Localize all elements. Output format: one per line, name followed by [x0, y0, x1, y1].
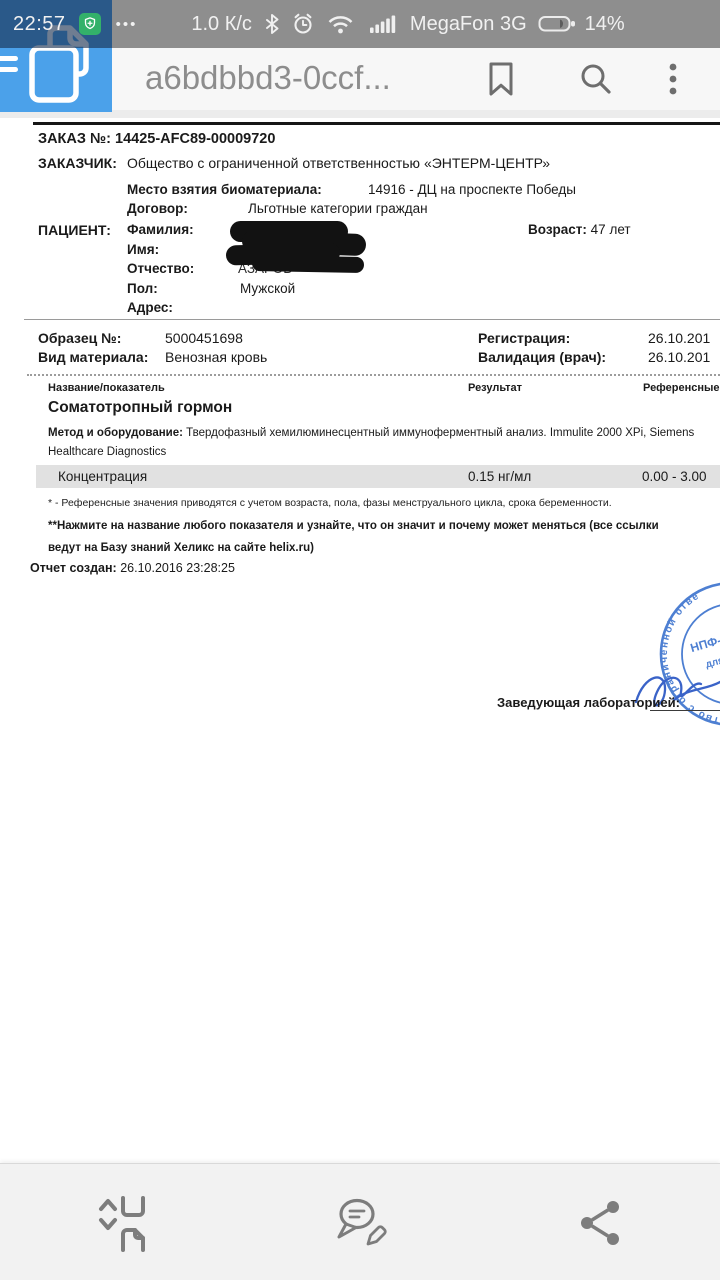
- carrier-label: MegaFon 3G: [410, 13, 527, 36]
- material-value: Венозная кровь: [165, 349, 267, 365]
- validation-label: Валидация (врач):: [478, 349, 606, 365]
- annotate-comment-icon: [336, 1196, 390, 1250]
- age-label: Возраст:: [528, 222, 587, 237]
- footnote-reference: * - Референсные значения приводятся с уч…: [48, 497, 612, 509]
- column-header-reference: Референсные: [643, 382, 720, 394]
- sample-label: Образец №:: [38, 330, 121, 346]
- result-parameter: Концентрация: [58, 465, 147, 488]
- bottom-toolbar: [0, 1163, 720, 1280]
- result-row[interactable]: Концентрация 0.15 нг/мл 0.00 - 3.00: [36, 465, 720, 488]
- menu-icon: [0, 67, 18, 72]
- menu-icon: [0, 56, 18, 61]
- surname-label: Фамилия:: [127, 222, 194, 237]
- alarm-icon: [292, 13, 314, 35]
- share-button[interactable]: [569, 1191, 633, 1255]
- bookmark-button[interactable]: [473, 48, 529, 110]
- order-row: ЗАКАЗ №: 14425-AFC89-00009720: [38, 131, 275, 147]
- contract-value: Льготные категории граждан: [248, 201, 428, 216]
- annotate-button[interactable]: [331, 1191, 395, 1255]
- site-value: 14916 - ДЦ на проспекте Победы: [368, 182, 576, 197]
- patient-label: ПАЦИЕНТ:: [38, 222, 111, 238]
- battery-icon: [538, 14, 578, 34]
- validation-value: 26.10.201: [648, 349, 710, 365]
- method-label: Метод и оборудование:: [48, 427, 183, 439]
- overflow-menu-button[interactable]: [645, 48, 701, 110]
- bluetooth-icon: [265, 14, 279, 34]
- test-name: Соматотропный гормон: [48, 399, 232, 417]
- notification-dots: •••: [116, 16, 138, 33]
- clock: 22:57: [13, 13, 66, 36]
- dotted-divider: [27, 374, 720, 376]
- address-label: Адрес:: [127, 300, 173, 315]
- result-value: 0.15 нг/мл: [468, 465, 531, 488]
- overflow-menu-icon: [667, 62, 679, 96]
- column-header-result: Результат: [468, 382, 522, 394]
- customer-value: Общество с ограниченной ответственностью…: [127, 155, 550, 171]
- signature-line: [650, 710, 720, 711]
- lab-head-label: Заведующая лабораторией:: [497, 695, 680, 710]
- order-label: ЗАКАЗ №:: [38, 131, 111, 147]
- sex-label: Пол:: [127, 281, 158, 296]
- footnote-click-hint: **Нажмите на название любого показателя …: [48, 516, 690, 559]
- method-row: Метод и оборудование: Твердофазный хемил…: [48, 424, 720, 461]
- customer-label: ЗАКАЗЧИК:: [38, 155, 117, 171]
- share-icon: [578, 1199, 624, 1247]
- page-scroll-mode-button[interactable]: [90, 1191, 154, 1255]
- material-label: Вид материала:: [38, 349, 148, 365]
- report-created-value: 26.10.2016 23:28:25: [120, 561, 235, 575]
- order-value: 14425-AFC89-00009720: [115, 131, 275, 147]
- report-created-label: Отчет создан:: [30, 561, 117, 575]
- age-value: 47 лет: [591, 222, 631, 237]
- search-button[interactable]: [568, 48, 624, 110]
- document-title: a6bdbbd3-0ccf...: [145, 48, 391, 110]
- registration-label: Регистрация:: [478, 330, 570, 346]
- battery-percent: 14%: [585, 13, 625, 36]
- firstname-label: Имя:: [127, 242, 159, 257]
- bookmark-icon: [487, 61, 515, 97]
- document-scroll-area[interactable]: ЗАКАЗ №: 14425-AFC89-00009720 ЗАКАЗЧИК: …: [0, 118, 720, 1163]
- status-bar: 22:57 ••• 1.0 К/с MegaFon 3G 14%: [0, 0, 720, 48]
- lab-stamp: ство с ограниченной отве НПФ-Х для: [630, 580, 720, 750]
- contract-label: Договор:: [127, 201, 188, 216]
- phone-screen: 22:57 ••• 1.0 К/с MegaFon 3G 14% a6bdbbd…: [0, 0, 720, 1280]
- sex-value: Мужской: [240, 281, 295, 296]
- site-label: Место взятия биоматериала:: [127, 182, 322, 197]
- page-scroll-mode-icon: [97, 1194, 147, 1252]
- report-created-row: Отчет создан: 26.10.2016 23:28:25: [30, 561, 235, 575]
- column-header-name: Название/показатель: [48, 382, 165, 394]
- registration-value: 26.10.201: [648, 330, 710, 346]
- stamp-inner-text-1: НПФ-Х: [689, 631, 720, 655]
- stamp-inner-text-2: для: [704, 655, 720, 671]
- signal-strength-icon: [370, 15, 396, 33]
- section-divider: [24, 319, 720, 320]
- network-speed: 1.0 К/с: [191, 13, 252, 36]
- search-icon: [580, 63, 612, 95]
- age-row: Возраст: 47 лет: [528, 222, 631, 237]
- header-rule: [33, 122, 720, 125]
- wifi-icon: [327, 14, 354, 34]
- sample-value: 5000451698: [165, 330, 243, 346]
- security-shield-icon: [79, 13, 101, 35]
- patronymic-label: Отчество:: [127, 261, 194, 276]
- result-reference: 0.00 - 3.00: [642, 465, 707, 488]
- redaction-scribble: [226, 218, 368, 278]
